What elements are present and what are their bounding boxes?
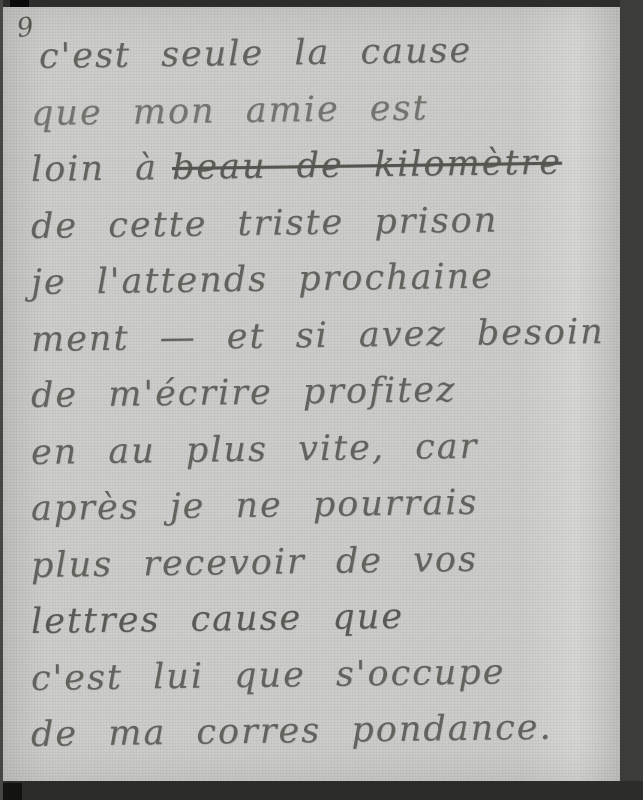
- line-text: de m'écrire profitez: [31, 370, 457, 416]
- handwritten-line: de cette triste prison: [31, 190, 611, 255]
- struck-text: [508, 256, 509, 296]
- struck-text: [519, 652, 520, 692]
- line-text: en au plus vite, car: [31, 426, 479, 472]
- handwritten-line: de ma corres pondance.: [31, 699, 611, 764]
- handwritten-line: je l'attends prochaine: [31, 247, 611, 312]
- struck-text: [470, 370, 471, 410]
- handwritten-line: c'est lui que s'occupe: [31, 642, 611, 707]
- line-text: que mon amie est: [31, 88, 429, 134]
- struck-text: [486, 31, 487, 71]
- handwritten-line: loin àbeau de kilomètre: [31, 134, 611, 199]
- scan-border-right: [620, 0, 643, 800]
- line-text: plus recevoir de vos: [31, 539, 478, 585]
- handwritten-line: ment — et si avez besoin: [31, 303, 611, 368]
- scan-border-top: [0, 0, 643, 7]
- handwritten-line: lettres cause que: [31, 586, 611, 651]
- struck-text: [566, 708, 567, 748]
- struck-text: [442, 88, 443, 128]
- line-text: après je ne pourrais: [31, 483, 479, 529]
- handwritten-line: après je ne pourrais: [31, 473, 611, 538]
- line-text: ment — et si avez besoin: [31, 311, 605, 359]
- struck-text: [618, 311, 619, 351]
- line-text: de cette triste prison: [31, 200, 499, 247]
- struck-text: [492, 426, 493, 466]
- struck-text: beau de kilomètre: [172, 143, 563, 188]
- film-mark-bottom: [3, 783, 22, 800]
- struck-text: [492, 483, 493, 523]
- handwritten-text-block: c'est seule la cause que mon amie est lo…: [31, 29, 610, 764]
- letter-page: 9 c'est seule la cause que mon amie est …: [3, 7, 620, 781]
- handwritten-line: plus recevoir de vos: [31, 529, 611, 594]
- line-text: loin à: [31, 148, 159, 190]
- handwritten-line: c'est seule la cause: [31, 21, 611, 86]
- scanned-letter: 9 c'est seule la cause que mon amie est …: [0, 0, 643, 800]
- handwritten-line: de m'écrire profitez: [31, 360, 611, 425]
- line-text: je l'attends prochaine: [31, 257, 494, 303]
- struck-text: [418, 597, 419, 637]
- struck-text: [492, 539, 493, 579]
- handwritten-line: en au plus vite, car: [31, 416, 611, 481]
- line-text: lettres cause que: [31, 597, 405, 642]
- line-text: c'est lui que s'occupe: [31, 652, 506, 699]
- handwritten-line: que mon amie est: [31, 77, 611, 142]
- line-text: de ma corres pondance.: [31, 708, 553, 755]
- struck-text: [512, 200, 513, 240]
- line-text: c'est seule la cause: [39, 31, 473, 77]
- scan-border-bottom: [0, 781, 643, 800]
